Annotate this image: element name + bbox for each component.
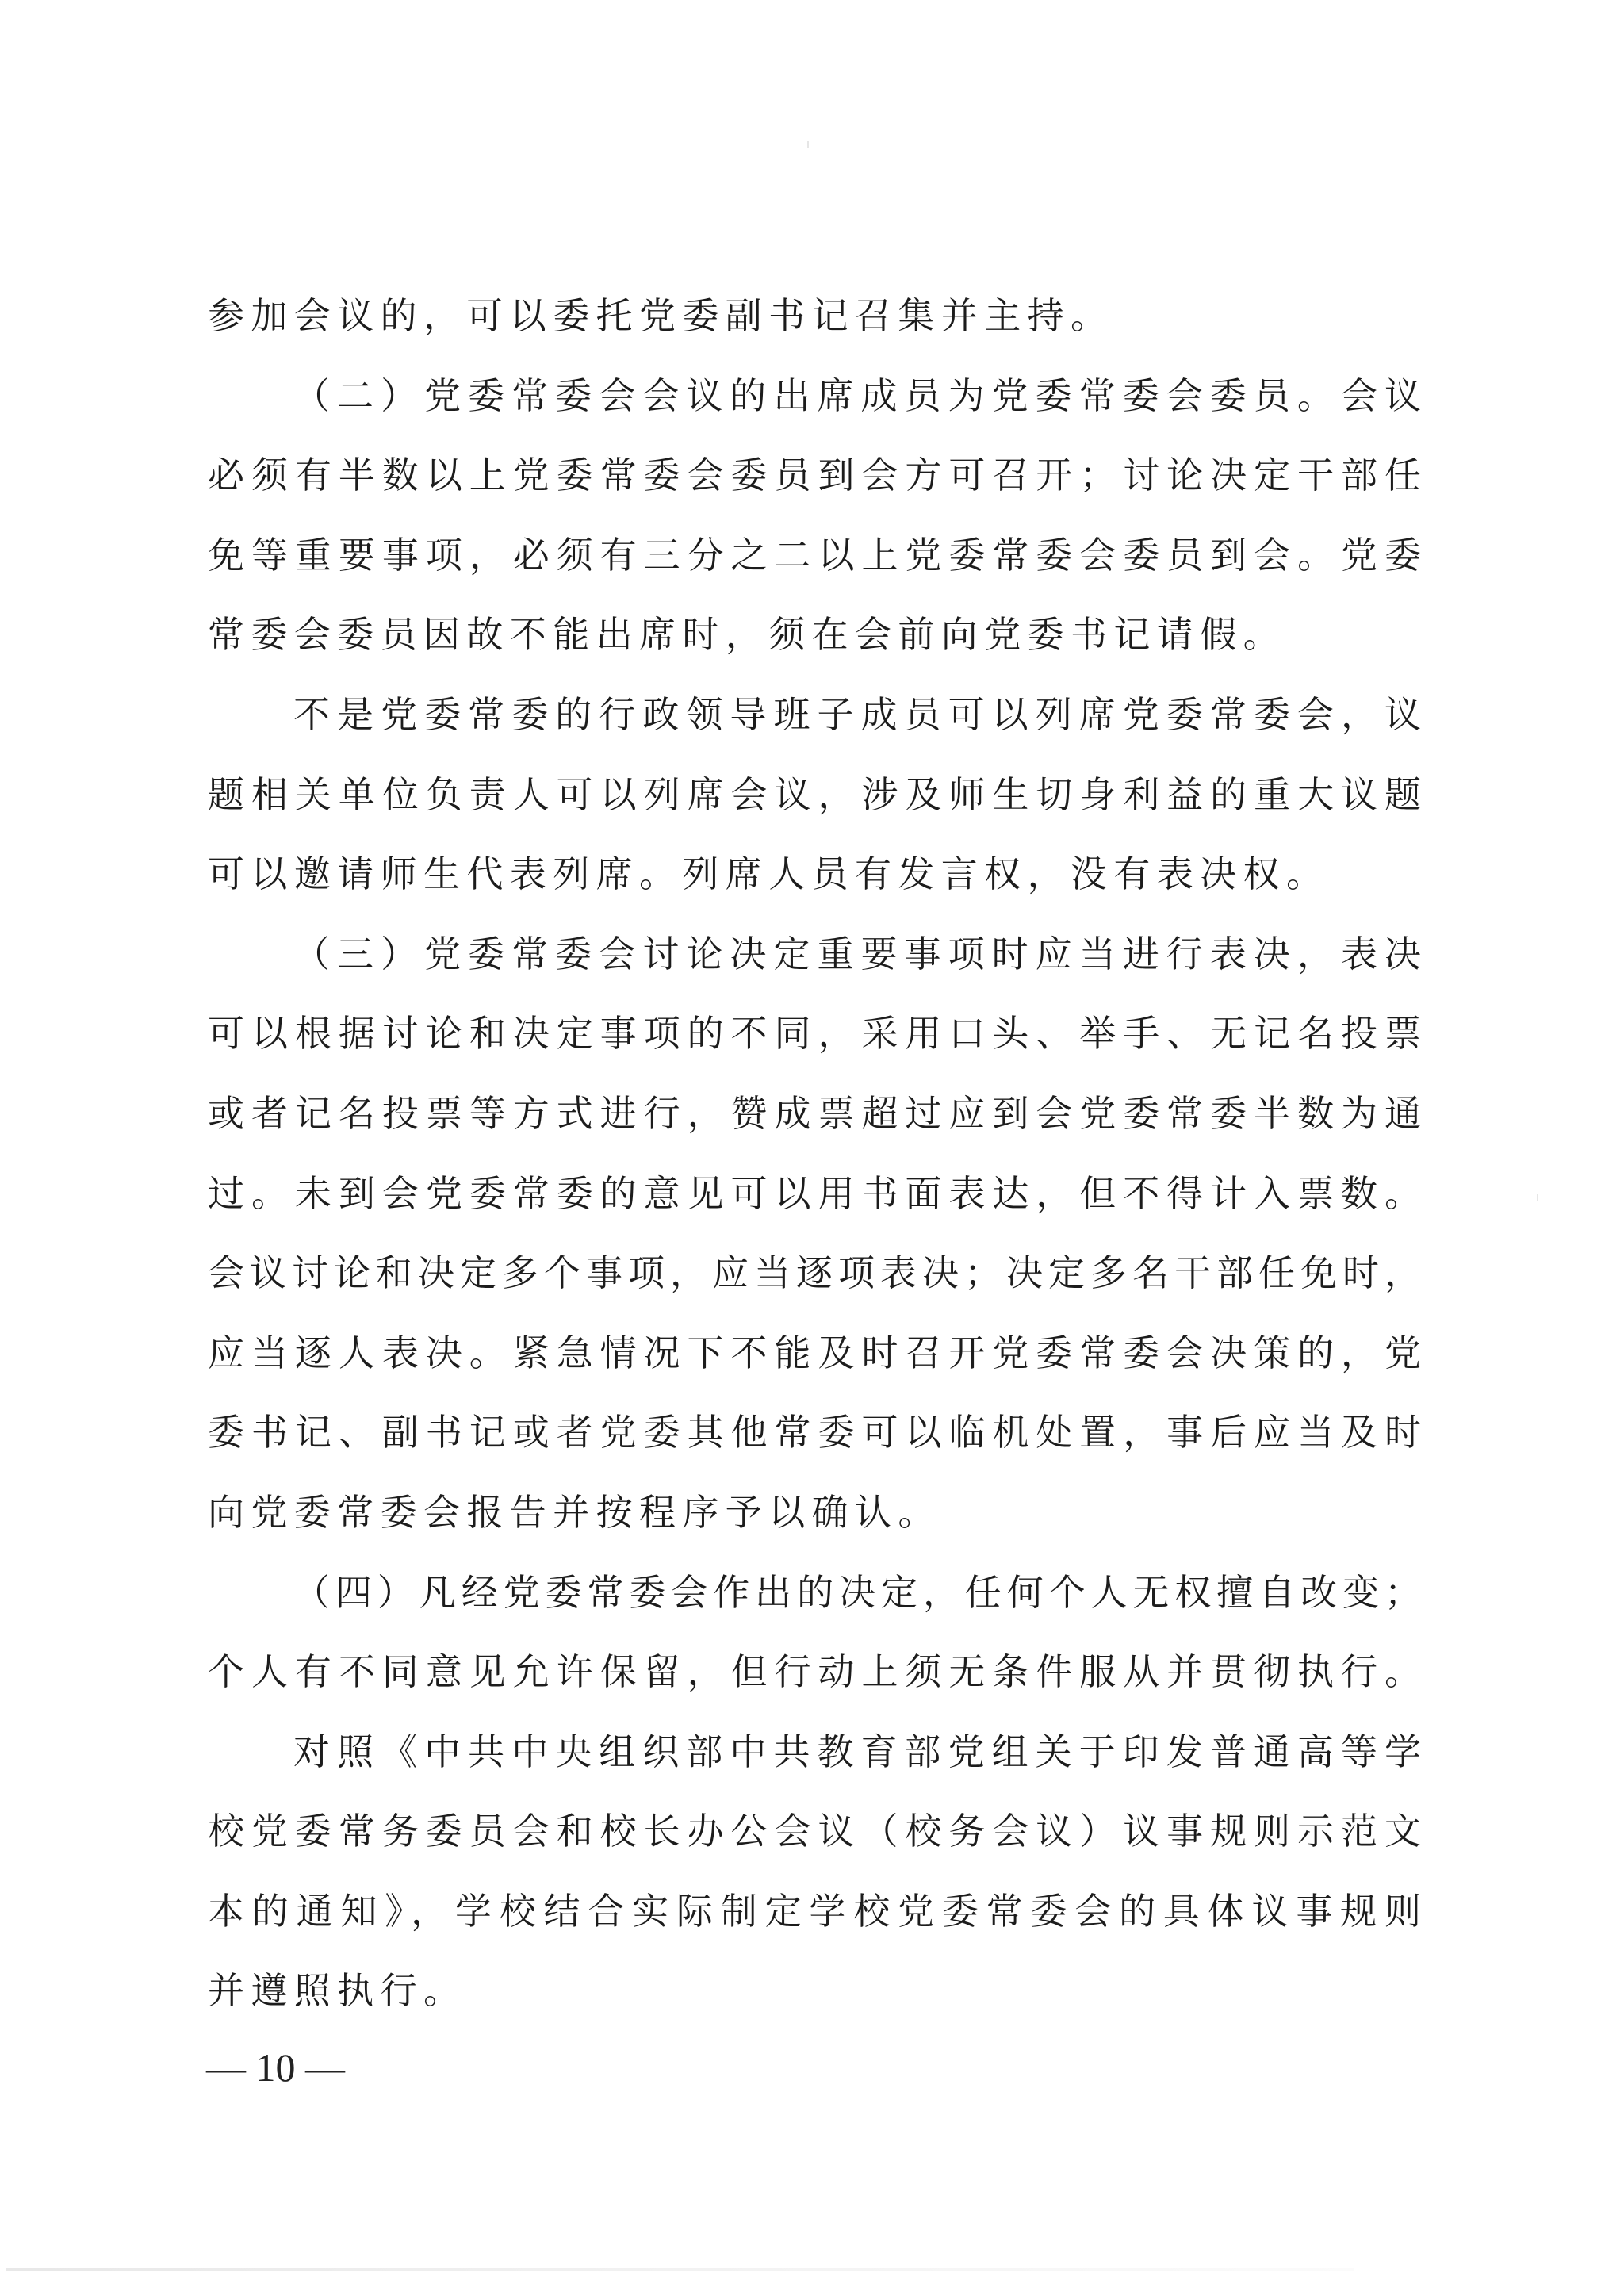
text-line: 免等重要事项，必须有三分之二以上党委常委会委员到会。党委 [208, 515, 1421, 596]
text-line: 委书记、副书记或者党委其他常委可以临机处置，事后应当及时 [208, 1393, 1421, 1473]
scan-speck [1537, 1194, 1538, 1201]
text-line: 校党委常务委员会和校长办公会议（校务会议）议事规则示范文 [208, 1791, 1421, 1872]
paragraph-item-2-line: （二）党委常委会会议的出席成员为党委常委会委员。会议 [208, 356, 1421, 436]
paragraph-item-4-line: （四）凡经党委常委会作出的决定，任何个人无权擅自改变； [208, 1553, 1421, 1633]
paragraph-reference-line: 对照《中共中央组织部中共教育部党组关于印发普通高等学 [208, 1712, 1421, 1792]
text-line: 可以根据讨论和决定事项的不同，采用口头、举手、无记名投票 [208, 994, 1421, 1074]
text-line: 并遵照执行。 [208, 1951, 1421, 2031]
paragraph-attendees-line: 不是党委常委的行政领导班子成员可以列席党委常委会，议 [208, 675, 1421, 755]
scan-speck [807, 141, 809, 148]
text-line: 本的通知》，学校结合实际制定学校党委常委会的具体议事规则 [208, 1872, 1421, 1952]
text-line: 参加会议的，可以委托党委副书记召集并主持。 [208, 276, 1421, 356]
body-text: 参加会议的，可以委托党委副书记召集并主持。 （二）党委常委会会议的出席成员为党委… [208, 276, 1421, 2031]
text-line: 过。未到会党委常委的意见可以用书面表达，但不得计入票数。 [208, 1154, 1421, 1234]
text-line: 或者记名投票等方式进行，赞成票超过应到会党委常委半数为通 [208, 1074, 1421, 1154]
document-page: 参加会议的，可以委托党委副书记召集并主持。 （二）党委常委会会议的出席成员为党委… [0, 0, 1624, 2295]
text-line: 应当逐人表决。紧急情况下不能及时召开党委常委会决策的，党 [208, 1313, 1421, 1393]
text-line: 个人有不同意见允许保留，但行动上须无条件服从并贯彻执行。 [208, 1632, 1421, 1712]
scan-edge-line [6, 2268, 1354, 2271]
text-line: 必须有半数以上党委常委会委员到会方可召开；讨论决定干部任 [208, 435, 1421, 515]
paragraph-item-3-line: （三）党委常委会讨论决定重要事项时应当进行表决，表决 [208, 914, 1421, 994]
text-line: 会议讨论和决定多个事项，应当逐项表决；决定多名干部任免时， [208, 1233, 1421, 1313]
text-line: 向党委常委会报告并按程序予以确认。 [208, 1473, 1421, 1553]
text-line: 题相关单位负责人可以列席会议，涉及师生切身利益的重大议题 [208, 755, 1421, 835]
page-number: — 10 — [206, 2044, 345, 2091]
text-line: 可以邀请师生代表列席。列席人员有发言权，没有表决权。 [208, 834, 1421, 914]
text-line: 常委会委员因故不能出席时，须在会前向党委书记请假。 [208, 595, 1421, 675]
